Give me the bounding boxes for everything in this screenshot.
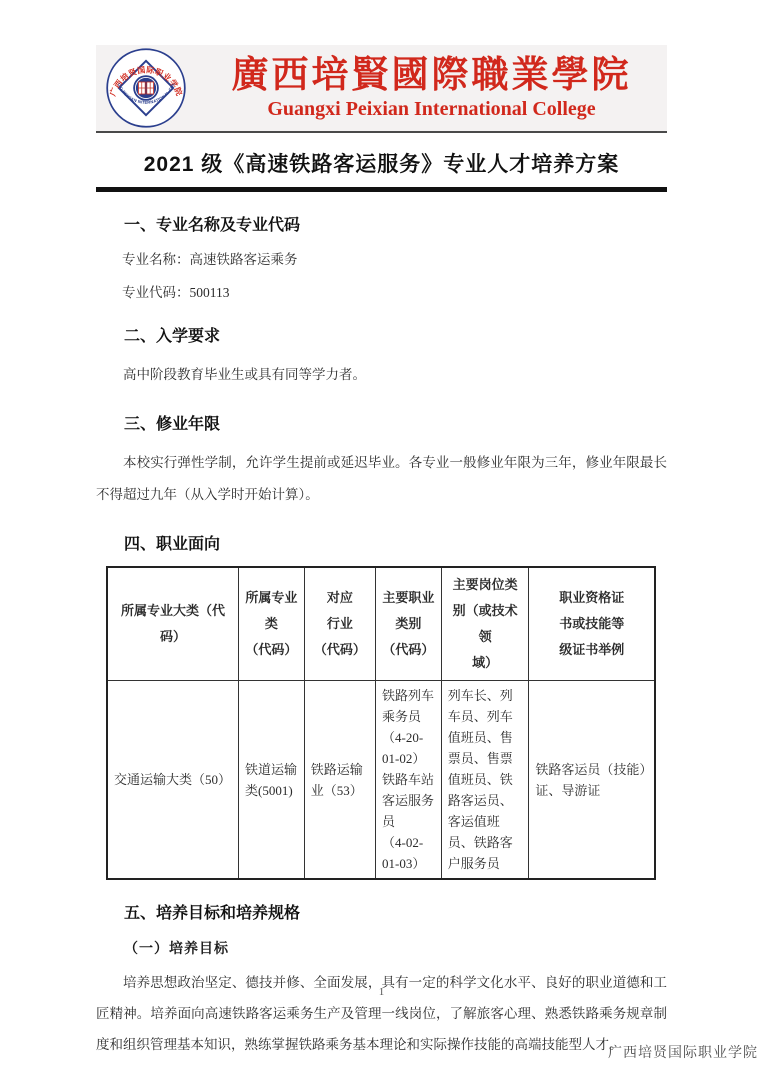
- col-header-major-category: 所属专业大类（代码）: [107, 567, 239, 681]
- cell-industry: 铁路运输业（53）: [304, 681, 375, 880]
- col-header-post-category: 主要岗位类 别（或技术领 域）: [441, 567, 529, 681]
- cell-occupation: 铁路列车乘务员 （4-20-01-02） 铁路车站客运服务员 （4-02-01-…: [376, 681, 442, 880]
- section-5-body: 培养思想政治坚定、德技并修、全面发展，具有一定的科学文化水平、良好的职业道德和工…: [96, 967, 667, 1060]
- major-name-line: 专业名称：高速铁路客运乘务: [96, 249, 667, 270]
- career-table-header-row: 所属专业大类（代码） 所属专业 类 （代码） 对应 行业 （代码） 主要职业 类…: [107, 567, 655, 681]
- college-name-zh: 廣西培賢國際職業學院: [196, 55, 667, 97]
- career-table-row: 交通运输大类（50） 铁道运输类(5001) 铁路运输业（53） 铁路列车乘务员…: [107, 681, 655, 880]
- college-seal-icon: 广西培贤国际职业学院 GUANGXI PEIXIAN INTERNATIONAL…: [106, 48, 186, 128]
- title-divider: [96, 187, 667, 192]
- document-page: 广西培贤国际职业学院 GUANGXI PEIXIAN INTERNATIONAL…: [0, 0, 763, 1080]
- cell-major-class: 铁道运输类(5001): [239, 681, 305, 880]
- corner-watermark: 广西培贤国际职业学院: [608, 1042, 758, 1062]
- section-3-heading: 三、修业年限: [124, 414, 667, 436]
- college-name-block: 廣西培賢國際職業學院 Guangxi Peixian International…: [196, 55, 667, 121]
- section-5-heading: 五、培养目标和培养规格: [124, 903, 667, 925]
- major-code-line: 专业代码：500113: [96, 282, 667, 303]
- section-2-body: 高中阶段教育毕业生或具有同等学力者。: [96, 359, 667, 391]
- page-content: 广西培贤国际职业学院 GUANGXI PEIXIAN INTERNATIONAL…: [96, 45, 667, 1060]
- career-table: 所属专业大类（代码） 所属专业 类 （代码） 对应 行业 （代码） 主要职业 类…: [106, 566, 656, 880]
- section-4-heading: 四、职业面向: [124, 534, 667, 556]
- section-2-heading: 二、入学要求: [124, 326, 667, 348]
- cell-post-category: 列车长、列车员、列车值班员、售票员、售票值班员、铁路客运员、客运值班员、铁路客户…: [441, 681, 529, 880]
- college-header: 广西培贤国际职业学院 GUANGXI PEIXIAN INTERNATIONAL…: [96, 45, 667, 133]
- col-header-certificates: 职业资格证 书或技能等 级证书举例: [529, 567, 655, 681]
- section-3-body: 本校实行弹性学制，允许学生提前或延迟毕业。各专业一般修业年限为三年，修业年限最长…: [96, 447, 667, 511]
- cell-certificates: 铁路客运员（技能）证、导游证: [529, 681, 655, 880]
- cell-major-category: 交通运输大类（50）: [107, 681, 239, 880]
- page-title: 2021 级《高速铁路客运服务》专业人才培养方案: [96, 148, 667, 178]
- page-number: 1: [0, 986, 763, 998]
- col-header-occupation: 主要职业 类别 （代码）: [376, 567, 442, 681]
- book-icon: [133, 75, 159, 101]
- section-5-subheading: （一）培养目标: [124, 938, 667, 958]
- col-header-industry: 对应 行业 （代码）: [304, 567, 375, 681]
- col-header-major-class: 所属专业 类 （代码）: [239, 567, 305, 681]
- college-name-en: Guangxi Peixian International College: [196, 97, 667, 121]
- section-1-heading: 一、专业名称及专业代码: [124, 215, 667, 237]
